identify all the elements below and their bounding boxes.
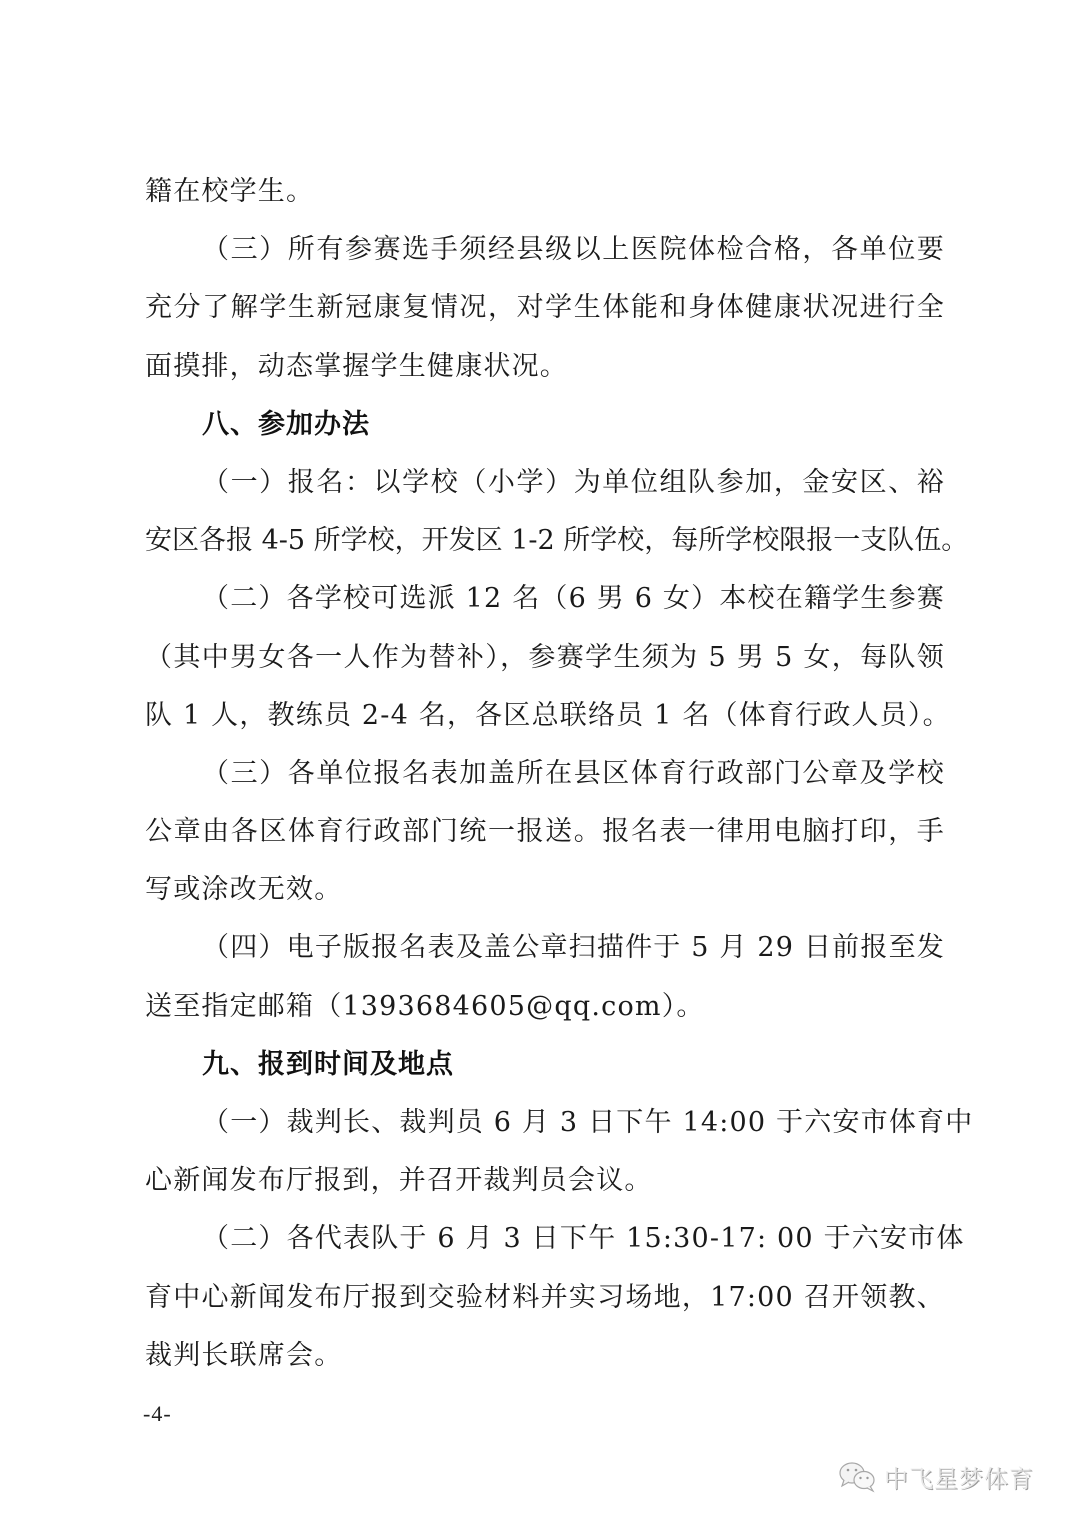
document-page: 籍在校学生。 （三）所有参赛选手须经县级以上医院体检合格，各单位要 充分了解学生… bbox=[0, 0, 1080, 1527]
paragraph-line: （三）各单位报名表加盖所在县区体育行政部门公章及学校 bbox=[145, 745, 945, 803]
section-heading: 九、报到时间及地点 bbox=[145, 1036, 945, 1094]
paragraph-line: （二）各代表队于 6 月 3 日下午 15:30-17: 00 于六安市体 bbox=[145, 1210, 945, 1268]
paragraph-line: 籍在校学生。 bbox=[145, 163, 945, 221]
document-body: 籍在校学生。 （三）所有参赛选手须经县级以上医院体检合格，各单位要 充分了解学生… bbox=[145, 163, 945, 1385]
paragraph-line: （三）所有参赛选手须经县级以上医院体检合格，各单位要 bbox=[145, 221, 945, 279]
paragraph-line: 裁判长联席会。 bbox=[145, 1327, 945, 1385]
paragraph-line: 育中心新闻发布厅报到交验材料并实习场地，17:00 召开领教、 bbox=[145, 1269, 945, 1327]
paragraph-line: 公章由各区体育行政部门统一报送。报名表一律用电脑打印，手 bbox=[145, 803, 945, 861]
paragraph-line: （四）电子版报名表及盖公章扫描件于 5 月 29 日前报至发 bbox=[145, 919, 945, 977]
paragraph-line: 充分了解学生新冠康复情况，对学生体能和身体健康状况进行全 bbox=[145, 279, 945, 337]
watermark-text: 中飞星梦体育 bbox=[884, 1459, 1034, 1494]
watermark: 中飞星梦体育 bbox=[838, 1459, 1034, 1494]
section-heading: 八、参加办法 bbox=[145, 396, 945, 454]
paragraph-line: （二）各学校可选派 12 名（6 男 6 女）本校在籍学生参赛 bbox=[145, 570, 945, 628]
paragraph-line: 心新闻发布厅报到，并召开裁判员会议。 bbox=[145, 1152, 945, 1210]
page-number: -4- bbox=[143, 1401, 172, 1427]
paragraph-line: 写或涂改无效。 bbox=[145, 861, 945, 919]
paragraph-line: （其中男女各一人作为替补），参赛学生须为 5 男 5 女，每队领 bbox=[145, 629, 945, 687]
paragraph-line: 面摸排，动态掌握学生健康状况。 bbox=[145, 338, 945, 396]
paragraph-line: （一）报名：以学校（小学）为单位组队参加，金安区、裕 bbox=[145, 454, 945, 512]
paragraph-line: 队 1 人，教练员 2-4 名，各区总联络员 1 名（体育行政人员）。 bbox=[145, 687, 945, 745]
email-line: 送至指定邮箱（1393684605@qq.com）。 bbox=[145, 978, 945, 1036]
paragraph-line: （一）裁判长、裁判员 6 月 3 日下午 14:00 于六安市体育中 bbox=[145, 1094, 945, 1152]
wechat-icon bbox=[838, 1461, 878, 1493]
paragraph-line: 安区各报 4-5 所学校，开发区 1-2 所学校，每所学校限报一支队伍。 bbox=[145, 512, 945, 570]
